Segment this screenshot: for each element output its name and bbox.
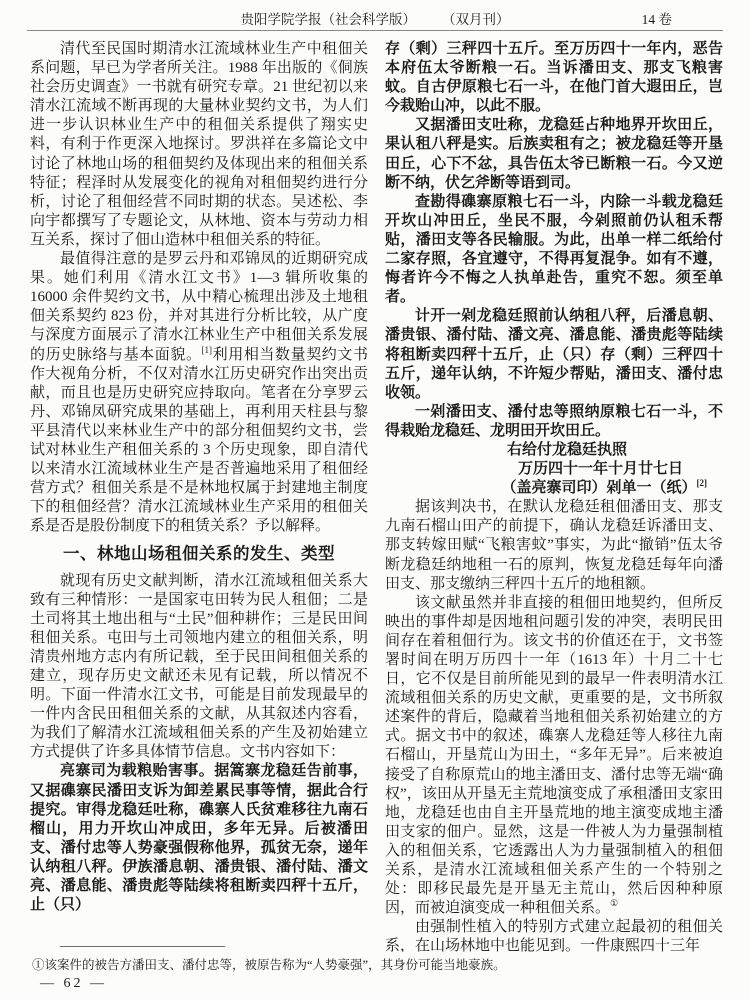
page-number: — 62 — <box>40 976 107 992</box>
paragraph-document-value: 该文献虽然并非直接的租佃田地契约，但所反映出的事件却是因地租问题引发的冲突，表明… <box>385 594 723 919</box>
paragraph-verdict-analysis: 据该判决书，在默认龙稳廷租佃潘田支、那支九南石榴山田产的前提下，确认龙稳廷诉潘田… <box>385 498 723 593</box>
seal-text: （盖亮寨司印）剁单一（纸） <box>501 480 696 496</box>
journal-page: 贵阳学院学报（社会科学版）（双月刊） 14 卷 清代至民国时期清水江流域林业生产… <box>0 0 750 1000</box>
right-column: 存（剩）三秤四十五斤。至万历四十一年内，恶告本府伍太爷断粮一石。当诉潘田支、那支… <box>385 40 723 952</box>
page-header: 贵阳学院学报（社会科学版）（双月刊） 14 卷 <box>0 8 750 28</box>
quoted-document-part-4: 查勘得磼寨原粮七石一斗，内除一斗载龙稳廷开坎山冲田丘，坐民不服，今剁照前仍认租禾… <box>385 193 723 308</box>
footnote-ref-1: ① <box>610 898 618 908</box>
header-divider <box>27 30 723 31</box>
volume-number: 14 卷 <box>642 8 672 28</box>
journal-issue-type: （双月刊） <box>442 12 510 27</box>
footnote-text: ①该案件的被告方潘田支、潘付忠等，被原告称为“人势豪强”，其身份可能当地豪族。 <box>32 957 710 973</box>
paragraph-forced-tenancy: 由强制性植入的特别方式建立起最初的租佃关系，在山场林地中也能见到。一件康熙四十三… <box>385 918 723 952</box>
paragraph-three-types: 就现有历史文献判断，清水江流域租佃关系大致有三种情形：一是国家屯田转为民人租佃；… <box>30 572 368 763</box>
certificate-line: 右给付龙稳廷执照 <box>385 441 723 460</box>
document-date-line: 万历四十一年十月廿七日 <box>385 460 723 479</box>
quoted-document-part-6: 一剁潘田支、潘付忠等照纳原粮七石一斗，不得栽贻龙稳廷、龙明田开坎田丘。 <box>385 403 723 441</box>
left-column: 清代至民国时期清水江流域林业生产中租佃关系问题，早已为学者所关注。1988 年出… <box>30 40 368 952</box>
quoted-document-part-3: 又据潘田支吐称，龙稳廷占种地界开坎田丘，果认租八秤是实。后族卖租有之；被龙稳廷等… <box>385 116 723 192</box>
paragraph-research-review: 最值得注意的是罗云丹和邓锦凤的近期研究成果。她们利用《清水江文书》1—3 辑所收… <box>30 250 368 536</box>
two-column-body: 清代至民国时期清水江流域林业生产中租佃关系问题，早已为学者所关注。1988 年出… <box>30 40 723 952</box>
quoted-document-part-1: 亮寨司为载粮贻害事。据篙寨龙稳廷告前事，又据磼寨民潘田支诉为卸差累民事等情，据此… <box>30 762 368 915</box>
journal-title: 贵阳学院学报（社会科学版） <box>241 12 417 27</box>
citation-ref-1: [1] <box>202 345 213 355</box>
paragraph-text: 该文献虽然并非直接的租佃田地契约，但所反映出的事件却是因地租问题引发的冲突，表明… <box>385 595 723 917</box>
seal-line: （盖亮寨司印）剁单一（纸）[2] <box>385 479 723 498</box>
journal-title-line: 贵阳学院学报（社会科学版）（双月刊） <box>0 8 750 28</box>
footnote-divider <box>60 946 225 947</box>
paragraph-text: 利用相当数量契约文书作大视角分析，不仅对清水江历史研究作出突出贡献，而且也是历史… <box>30 347 368 535</box>
quoted-document-part-2: 存（剩）三秤四十五斤。至万历四十一年内，恶告本府伍太爷断粮一石。当诉潘田支、那支… <box>385 40 723 116</box>
section-heading-1: 一、林地山场租佃关系的发生、类型 <box>30 545 368 564</box>
paragraph-intro: 清代至民国时期清水江流域林业生产中租佃关系问题，早已为学者所关注。1988 年出… <box>30 40 368 250</box>
quoted-document-part-5: 计开一剁龙稳廷照前认纳租八秤，后潘息朝、潘贵银、潘付陆、潘文亮、潘息能、潘贵彪等… <box>385 307 723 402</box>
citation-ref-2: [2] <box>697 478 708 488</box>
